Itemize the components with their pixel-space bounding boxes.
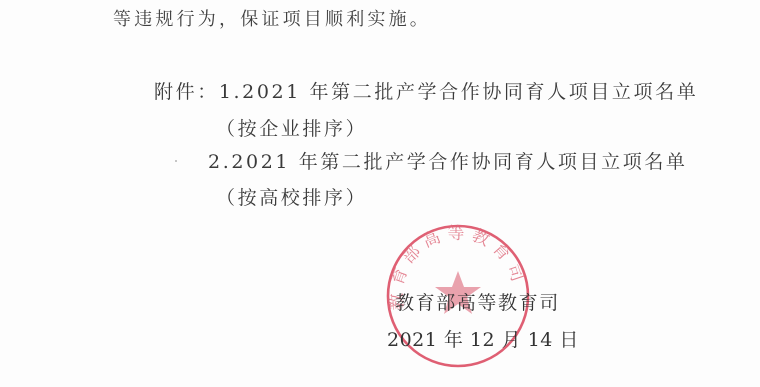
attachment-note: （按企业排序） (216, 117, 367, 141)
attachment-item-1: 附件：1.2021 年第二批产学合作协同育人项目立项名单 (154, 80, 698, 104)
attachment-title: 2021 年第二批产学合作协同育人项目立项名单 (231, 151, 687, 173)
attachment-number: 2. (208, 151, 231, 173)
attachment-title: 2021 年第二批产学合作协同育人项目立项名单 (242, 81, 698, 103)
paragraph-tail: 等违规行为，保证项目顺利实施。 (113, 8, 431, 32)
attachment-note: （按高校排序） (216, 186, 367, 210)
signature-date: 2021 年 12 月 14 日 (387, 328, 579, 352)
document-page: 等违规行为，保证项目顺利实施。 附件：1.2021 年第二批产学合作协同育人项目… (0, 0, 760, 387)
signature-organization: 教育部高等教育司 (395, 291, 560, 315)
attachment-item-2: 2.2021 年第二批产学合作协同育人项目立项名单 (208, 150, 688, 174)
attachment-label: 附件： (154, 81, 219, 103)
scan-speck (175, 160, 177, 162)
attachment-number: 1. (219, 81, 242, 103)
